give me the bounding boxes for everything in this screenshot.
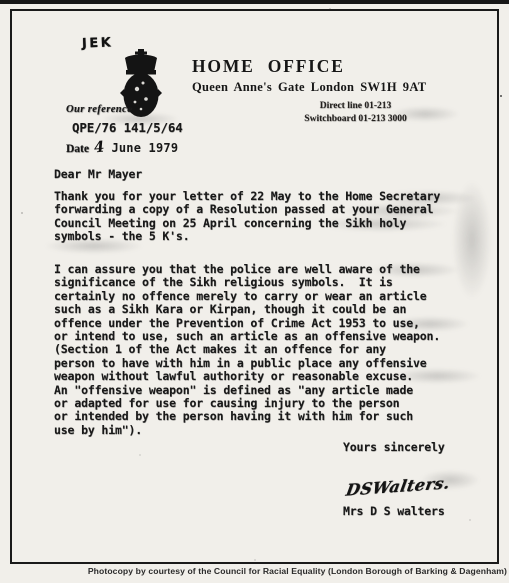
scanned-letter-page: JEK HOME OFFICE Queen Anne's Gate London… <box>0 0 509 583</box>
date-line: Date4June 1979 <box>66 137 178 155</box>
scan-edge-mark <box>0 0 509 4</box>
our-reference-label: Our reference <box>66 104 132 115</box>
salutation: Dear Mr Mayer <box>54 168 142 181</box>
photocopy-credit-caption: Photocopy by courtesy of the Council for… <box>88 566 507 576</box>
handwritten-initials: JEK <box>82 35 114 51</box>
org-address: Queen Anne's Gate London SW1H 9AT <box>192 80 426 95</box>
direct-line: Direct line 01-213 <box>268 100 443 113</box>
handwritten-date-day: 4 <box>93 138 105 157</box>
closing-line: Yours sincerely <box>343 441 445 454</box>
date-label: Date <box>66 143 89 155</box>
org-title: HOME OFFICE <box>192 56 345 77</box>
switchboard-line: Switchboard 01-213 3000 <box>268 113 443 126</box>
body-paragraph-2: I can assure you that the police are wel… <box>54 263 440 437</box>
body-paragraph-1: Thank you for your letter of 22 May to t… <box>54 190 440 244</box>
date-value: June 1979 <box>111 141 178 155</box>
phone-block: Direct line 01-213 Switchboard 01-213 30… <box>268 100 443 125</box>
signatory-name: Mrs D S walters <box>343 505 445 518</box>
reference-number: QPE/76 141/5/64 <box>72 121 183 134</box>
